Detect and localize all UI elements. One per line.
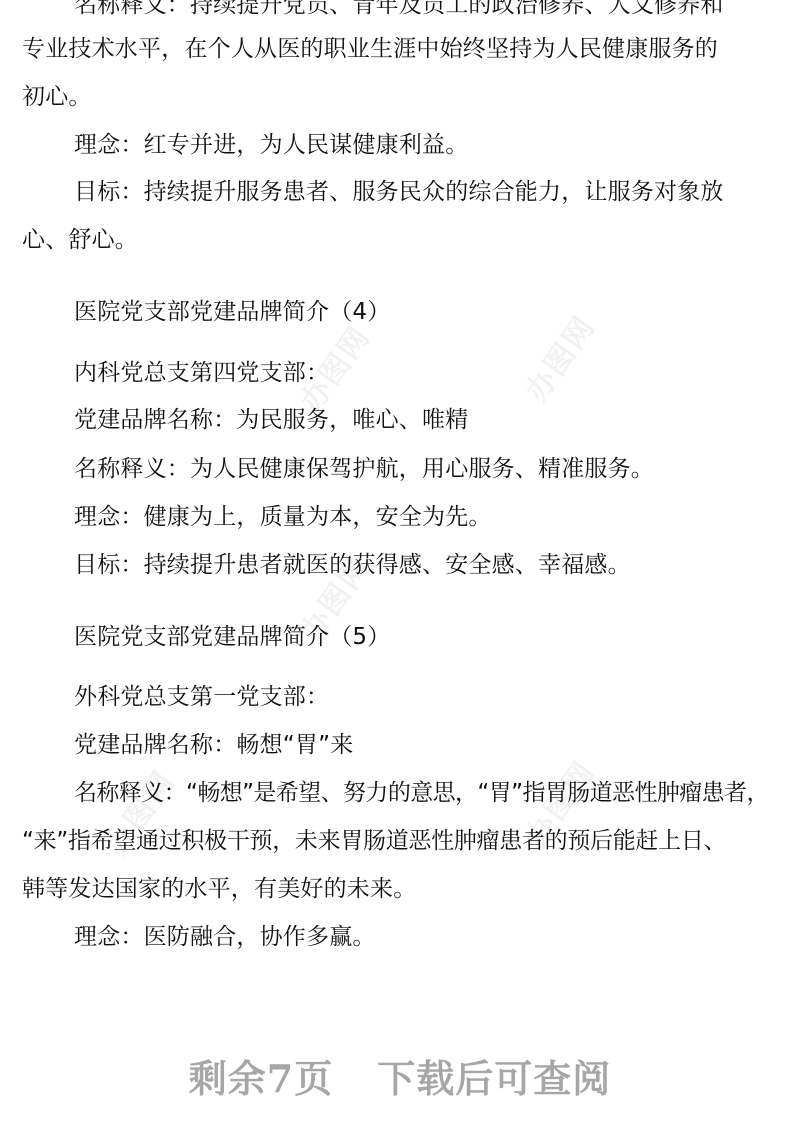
goal-line-continued: 心、舒心。	[22, 225, 138, 255]
goal: 目标：持续提升患者就医的获得感、安全感、幸福感。	[74, 550, 631, 580]
goal-line: 目标：持续提升服务患者、服务民众的综合能力，让服务对象放	[74, 177, 724, 207]
philosophy-line: 理念：红专并进，为人民谋健康利益。	[74, 130, 468, 160]
watermark: 办图网	[512, 305, 603, 409]
name-meaning-line: “来”指希望通过积极干预，未来胃肠道恶性肿瘤患者的预后能赶上日、	[22, 826, 726, 856]
philosophy: 理念：健康为上，质量为本，安全为先。	[74, 502, 492, 532]
branch-name: 外科党总支第一党支部：	[74, 682, 329, 712]
section-heading: 医院党支部党建品牌简介（5）	[74, 622, 390, 652]
section-heading: 医院党支部党建品牌简介（4）	[74, 297, 390, 327]
brand-name: 党建品牌名称：为民服务，唯心、唯精	[74, 405, 468, 435]
paragraph-line: 名称释义：持续提升党员、青年及员工的政治修养、人文修养和	[74, 0, 724, 20]
document-page: 办图网 办图网 办图网 办图网 办图网 名称释义：持续提升党员、青年及员工的政治…	[0, 0, 800, 1147]
brand-name: 党建品牌名称：畅想“胃”来	[74, 730, 353, 760]
name-meaning-line: 名称释义：“畅想”是希望、努力的意思，“胃”指胃肠道恶性肿瘤患者，	[74, 778, 769, 808]
philosophy: 理念：医防融合，协作多赢。	[74, 922, 376, 952]
name-meaning-line: 韩等发达国家的水平，有美好的未来。	[22, 874, 416, 904]
download-prompt-banner[interactable]: 剩余7页下载后可查阅	[0, 1048, 800, 1103]
remaining-pages-label: 剩余7页	[189, 1056, 333, 1101]
paragraph-line: 初心。	[22, 82, 92, 112]
branch-name: 内科党总支第四党支部：	[74, 358, 329, 388]
name-meaning: 名称释义：为人民健康保驾护航，用心服务、精准服务。	[74, 454, 654, 484]
download-to-view-label[interactable]: 下载后可查阅	[377, 1056, 611, 1101]
paragraph-line: 专业技术水平，在个人从医的职业生涯中始终坚持为人民健康服务的	[22, 34, 718, 64]
